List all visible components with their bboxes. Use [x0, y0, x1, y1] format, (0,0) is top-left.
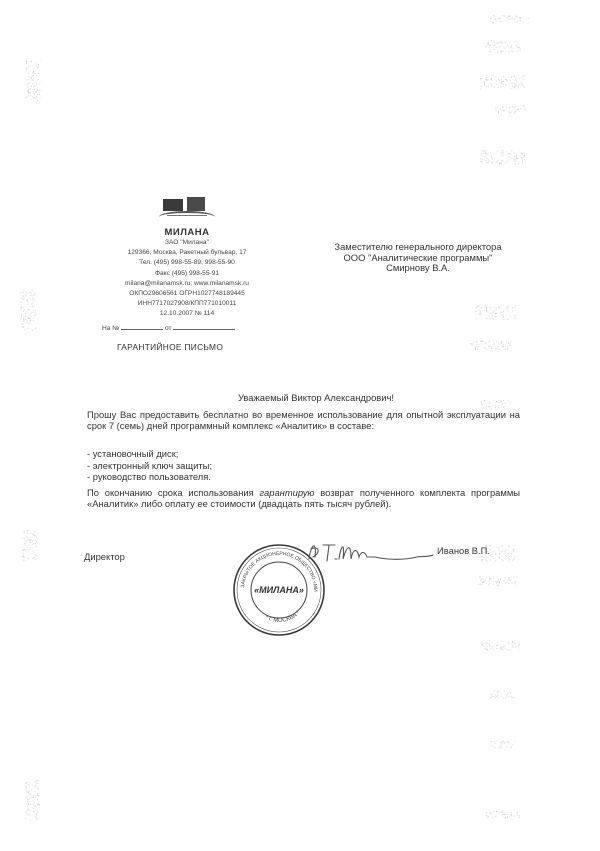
scanned-letter-page: МИЛАНА ЗАО "Милана" 129366, Москва, Раке… — [0, 0, 600, 851]
scan-noise — [0, 0, 600, 851]
